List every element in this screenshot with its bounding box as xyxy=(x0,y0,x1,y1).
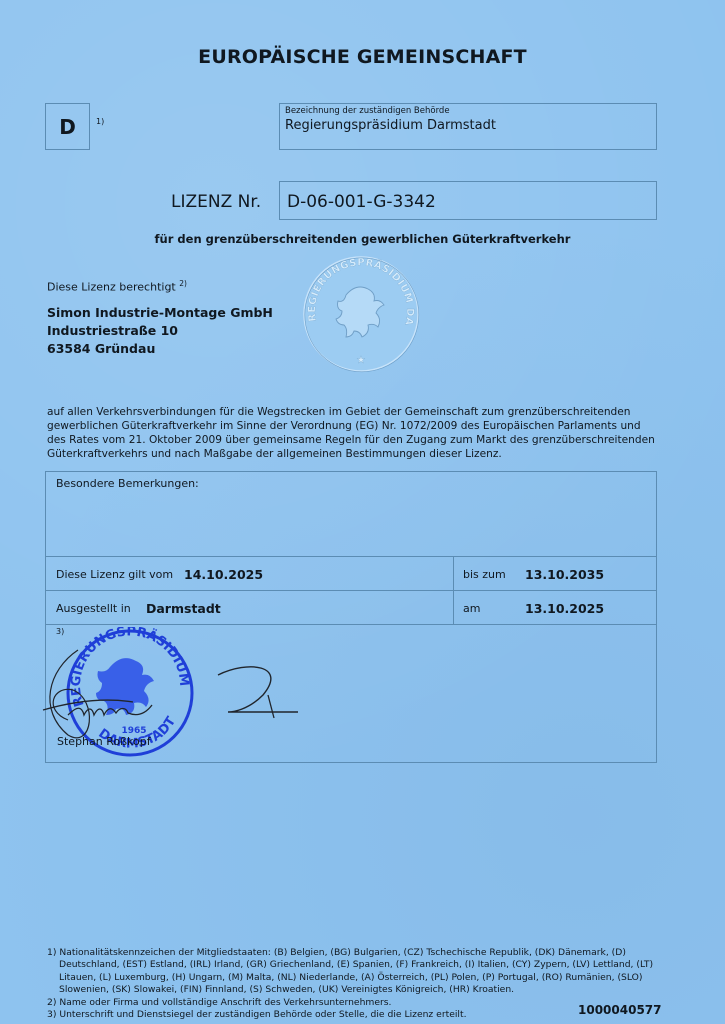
holder-address: Simon Industrie-Montage GmbH Industriest… xyxy=(47,304,273,358)
country-code: D xyxy=(59,115,76,139)
document-title: EUROPÄISCHE GEMEINSCHAFT xyxy=(0,46,725,68)
table-divider xyxy=(46,556,656,557)
holder-street: Industriestraße 10 xyxy=(47,322,273,340)
document-serial-number: 1000040577 xyxy=(578,1003,662,1017)
country-code-box: D xyxy=(45,103,90,150)
license-number: D-06-001-G-3342 xyxy=(287,192,436,212)
issued-on-label: am xyxy=(463,602,480,615)
table-divider xyxy=(46,590,656,591)
signer-name: Stephan Roßkopf xyxy=(57,735,151,748)
issued-on-date: 13.10.2025 xyxy=(525,601,604,616)
license-body-text: auf allen Verkehrsverbindungen für die W… xyxy=(47,405,659,461)
holder-city: 63584 Gründau xyxy=(47,340,273,358)
authority-name: Regierungspräsidium Darmstadt xyxy=(285,118,496,133)
issued-in-city: Darmstadt xyxy=(146,601,221,616)
issued-in-label: Ausgestellt in xyxy=(56,602,131,615)
table-divider xyxy=(46,624,656,625)
holder-intro: Diese Lizenz berechtigt 2) xyxy=(47,279,187,294)
valid-from-date: 14.10.2025 xyxy=(184,567,263,582)
remarks-label: Besondere Bemerkungen: xyxy=(56,477,199,490)
valid-to-label: bis zum xyxy=(463,568,506,581)
license-label: LIZENZ Nr. xyxy=(171,192,261,212)
footnote-1: 1) Nationalitätskennzeichen der Mitglied… xyxy=(47,947,687,997)
authority-label: Bezeichnung der zuständigen Behörde xyxy=(285,106,450,116)
svg-text:★: ★ xyxy=(357,355,366,366)
country-footnote-mark: 1) xyxy=(96,117,104,126)
license-subtitle: für den grenzüberschreitenden gewerblich… xyxy=(0,232,725,246)
holder-intro-text: Diese Lizenz berechtigt xyxy=(47,281,176,294)
embossed-seal-lion-icon: REGIERUNGSPRÄSIDIUM DARMSTADT ★ xyxy=(302,255,420,373)
holder-footnote-mark: 2) xyxy=(179,279,187,288)
table-column-divider xyxy=(453,556,454,624)
valid-from-label: Diese Lizenz gilt vom xyxy=(56,568,173,581)
valid-to-date: 13.10.2035 xyxy=(525,567,604,582)
holder-company: Simon Industrie-Montage GmbH xyxy=(47,304,273,322)
